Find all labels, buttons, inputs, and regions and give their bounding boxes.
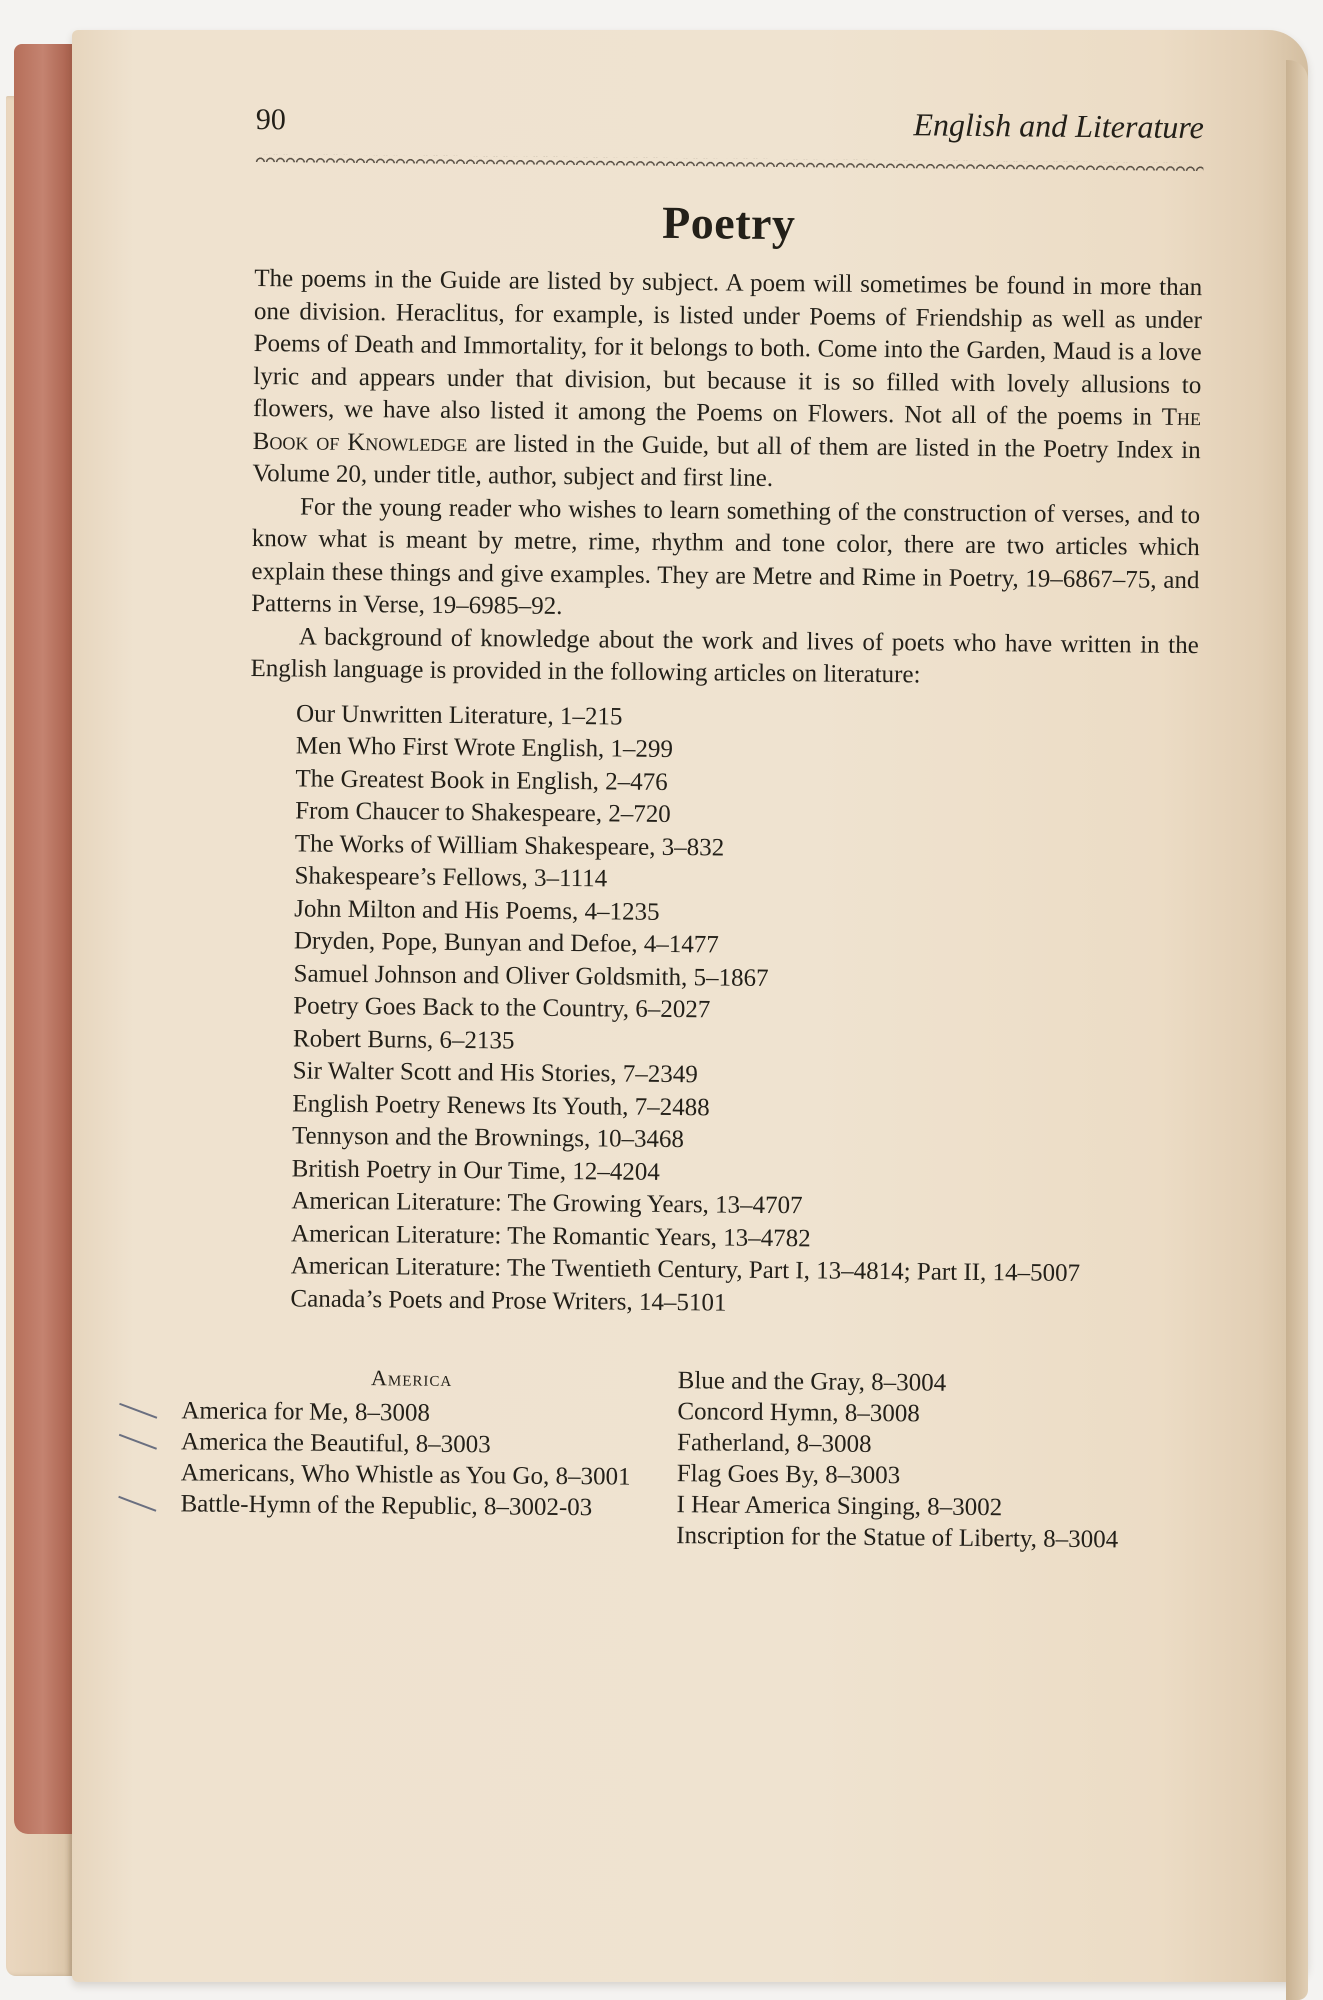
poem-item: Inscription for the Statue of Liberty, 8… [676, 1520, 1136, 1555]
intro-paragraph: The poems in the Guide are listed by sub… [252, 263, 1202, 500]
section-title: English and Literature [913, 106, 1204, 146]
poem-item: Battle-Hymn of the Republic, 8–3002-03 [180, 1488, 640, 1523]
poem-item: Blue and the Gray, 8–3004 [678, 1365, 1138, 1400]
running-header: 90 English and Literature [256, 100, 1204, 161]
america-left-column: America America for Me, 8–3008 America t… [180, 1360, 642, 1550]
poem-item: America for Me, 8–3008 [181, 1395, 641, 1430]
article-list: Our Unwritten Literature, 1–215 Men Who … [290, 698, 1198, 1324]
poem-title: America for Me, 8–3008 [181, 1397, 430, 1426]
page-title: Poetry [255, 192, 1203, 254]
poem-item: Americans, Who Whistle as You Go, 8–3001 [181, 1457, 641, 1492]
poem-item: Fatherland, 8–3008 [677, 1427, 1137, 1462]
poem-item: Concord Hymn, 8–3008 [677, 1396, 1137, 1431]
page-number: 90 [256, 103, 286, 137]
poem-title: Americans, Who Whistle as You Go, 8–3001 [181, 1459, 631, 1490]
america-right-column: Blue and the Gray, 8–3004 Concord Hymn, … [676, 1365, 1138, 1555]
poem-title: Battle-Hymn of the Republic, 8–3002-03 [180, 1490, 592, 1521]
poem-item: I Hear America Singing, 8–3002 [676, 1489, 1136, 1524]
intro-text-1: The poems in the Guide are listed by sub… [253, 265, 1202, 431]
book-cover-edge [14, 44, 72, 1834]
poem-item: Flag Goes By, 8–3003 [677, 1458, 1137, 1493]
construction-paragraph: For the young reader who wishes to learn… [251, 490, 1200, 629]
poem-item: America the Beautiful, 8–3003 [181, 1426, 641, 1461]
poem-title: America the Beautiful, 8–3003 [181, 1428, 491, 1458]
page-curl [1286, 60, 1308, 2000]
background-paragraph: A background of knowledge about the work… [250, 620, 1199, 694]
category-heading-america: America [182, 1360, 642, 1395]
america-poem-index: America America for Me, 8–3008 America t… [242, 1361, 1192, 1556]
page-content: 90 English and Literature Poetry The poe… [242, 100, 1204, 1556]
